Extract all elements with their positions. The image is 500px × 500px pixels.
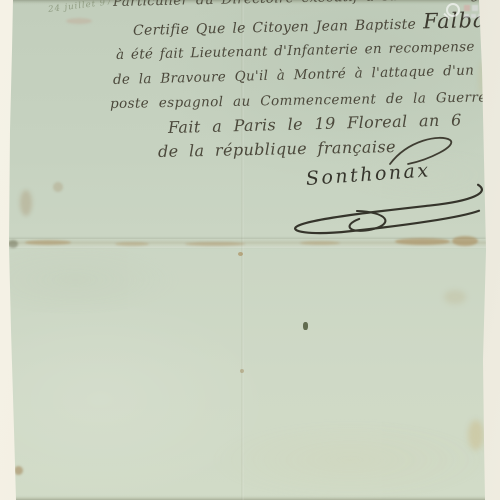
stain-spot: [452, 236, 478, 246]
stain-spot: [25, 240, 71, 245]
stain-spot: [444, 290, 466, 304]
stain-spot: [300, 241, 340, 245]
stain-spot: [53, 182, 63, 192]
manuscript-line-5: poste espagnol au Commencement de la Gue…: [110, 89, 492, 112]
stain-spot: [14, 466, 23, 475]
manuscript-line-4: de la Bravoure Qu'il à Montré à l'attaqu…: [113, 63, 475, 88]
watermark: [444, 2, 498, 20]
stain-spot: [8, 240, 18, 248]
stain-spot: [66, 18, 92, 24]
photo-background: 24 juillet 97 Particulier du Directoire …: [0, 0, 500, 500]
stain-spot: [238, 252, 243, 256]
watermark-text-blocks: [464, 4, 498, 18]
stain-spot: [185, 242, 245, 246]
stain-spot: [395, 238, 450, 245]
stain-spot: [468, 420, 484, 450]
magnifier-icon: [446, 3, 460, 17]
manuscript-line-7: de la république française: [158, 137, 396, 161]
manuscript-line-3: à été fait Lieutenant d'Infanterie en re…: [116, 39, 475, 63]
stain-spot: [115, 242, 149, 246]
manuscript-dateline: Fait a Paris le 19 Floreal an 6: [168, 110, 462, 137]
manuscript-line-2: Certifie Que le Citoyen Jean BaptisteFal…: [133, 8, 487, 40]
manuscript-line-2-text: Certifie Que le Citoyen Jean Baptiste: [133, 17, 416, 39]
stain-spot: [303, 322, 308, 330]
document-paper: 24 juillet 97 Particulier du Directoire …: [0, 0, 500, 500]
pencil-note: 24 juillet 97: [48, 0, 113, 15]
signature-flourish: [282, 182, 489, 241]
stain-spot: [20, 190, 32, 216]
stain-spot: [240, 369, 244, 373]
